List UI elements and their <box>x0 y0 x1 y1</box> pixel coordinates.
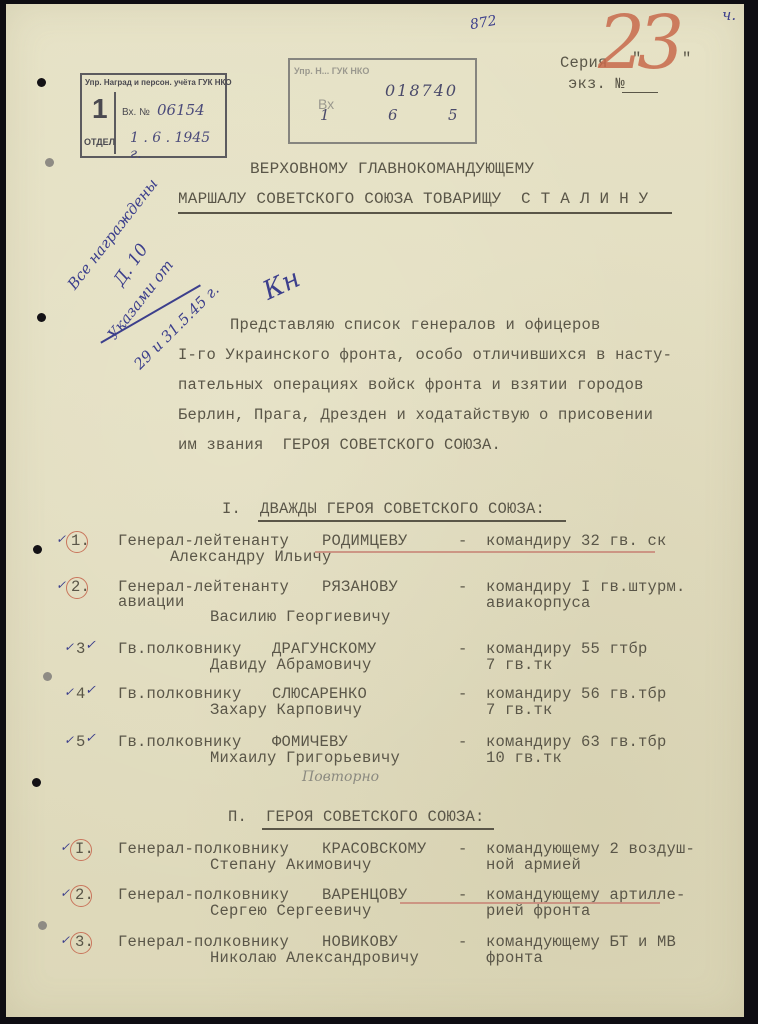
position-line-2: 7 гв.тк <box>486 701 553 719</box>
section-underline <box>262 828 494 830</box>
check-mark: ✓ <box>64 733 74 747</box>
check-mark: ✓ <box>64 685 74 699</box>
position-line-2: фронта <box>486 949 543 967</box>
position-line-2: 10 гв.тк <box>486 749 562 767</box>
position: командиру 32 гв. ск <box>486 532 667 550</box>
surname: РОДИМЦЕВУ <box>322 532 408 550</box>
given-name: Василию Георгиевичу <box>210 608 391 626</box>
resolution-signature: Кн <box>258 264 304 307</box>
dash: - <box>458 640 468 658</box>
intro-line: I-го Украинского фронта, особо отличивши… <box>178 346 672 364</box>
registry-stamp: Упр. Н... ГУК НКО Вх 018740 1 6 5 <box>288 58 477 144</box>
given-name: Александру Ильичу <box>170 548 332 566</box>
punch-hole <box>33 545 42 554</box>
series-number-handwritten: 23 <box>598 0 676 86</box>
department-number: 1 <box>92 93 108 125</box>
dash: - <box>458 578 468 596</box>
given-name: Николаю Александровичу <box>210 949 419 967</box>
resolution-note: Д. 10 Все награждены Указами от 29 и 31.… <box>88 215 328 365</box>
entry-number: 2. <box>71 578 90 596</box>
registry-number: 018740 <box>385 81 458 100</box>
addressee-line-1: ВЕРХОВНОМУ ГЛАВНОКОМАНДУЮЩЕМУ <box>250 160 534 178</box>
incoming-number: 06154 <box>157 101 205 119</box>
section-underline <box>258 520 566 522</box>
dash: - <box>458 933 468 951</box>
position-line-2: 7 гв.тк <box>486 656 553 674</box>
red-underline-mark <box>400 902 660 904</box>
dash: - <box>458 532 468 550</box>
incoming-stamp: Упр. Наград и персон. учёта ГУК НКО 1 ОТ… <box>80 73 227 158</box>
punch-hole <box>37 78 46 87</box>
intro-line: Берлин, Прага, Дрезден и ходатайствую о … <box>178 406 653 424</box>
check-mark: ✓ <box>60 933 70 947</box>
registry-month: 6 <box>388 106 398 124</box>
punch-hole <box>32 778 41 787</box>
given-name: Михаилу Григорьевичу <box>210 749 400 767</box>
addressee-line-2: МАРШАЛУ СОВЕТСКОГО СОЮЗА ТОВАРИЩУ С Т А … <box>178 190 648 208</box>
check-mark: ✓ <box>56 532 66 546</box>
punch-hole <box>43 672 52 681</box>
entry-number: 3. <box>75 933 94 951</box>
punch-hole <box>38 921 47 930</box>
intro-line: Представляю список генералов и офицеров <box>230 316 601 334</box>
check-mark: ✓ <box>85 683 96 698</box>
check-mark: ✓ <box>60 840 70 854</box>
entry-number: 2. <box>75 886 94 904</box>
red-underline-mark <box>315 551 655 553</box>
incoming-date: 1 . 6 . 1945 г. <box>130 130 225 162</box>
entry-number: I. <box>75 840 94 858</box>
intro-line: им звания ГЕРОЯ СОВЕТСКОГО СОЮЗА. <box>178 436 501 454</box>
position-line-2: ной армией <box>486 856 581 874</box>
surname: РЯЗАНОВУ <box>322 578 398 596</box>
intro-line: пательных операциях войск фронта и взяти… <box>178 376 644 394</box>
addressee-underline <box>178 212 672 214</box>
check-mark: ✓ <box>85 638 96 653</box>
given-name: Сергею Сергеевичу <box>210 902 372 920</box>
registry-year: 5 <box>448 106 458 124</box>
given-name: Давиду Абрамовичу <box>210 656 372 674</box>
stamp-header: Упр. Наград и персон. учёта ГУК НКО <box>85 78 232 87</box>
check-mark: ✓ <box>64 640 74 654</box>
pencil-note: Повторно <box>302 769 379 785</box>
stamp-header: Упр. Н... ГУК НКО <box>294 66 369 76</box>
punch-hole <box>37 313 46 322</box>
entry-number: 1. <box>71 532 90 550</box>
punch-hole <box>45 158 54 167</box>
given-name: Степану Акимовичу <box>210 856 372 874</box>
department-label: ОТДЕЛ <box>84 137 115 147</box>
given-name: Захару Карповичу <box>210 701 362 719</box>
check-mark: ✓ <box>85 731 96 746</box>
dash: - <box>458 733 468 751</box>
dash: - <box>458 685 468 703</box>
position-line-2: авиакорпуса <box>486 594 591 612</box>
section-heading: I. ДВАЖДЫ ГЕРОЯ СОВЕТСКОГО СОЮЗА: <box>222 500 545 518</box>
registry-day: 1 <box>320 106 330 124</box>
dash: - <box>458 840 468 858</box>
check-mark: ✓ <box>60 886 70 900</box>
position-line-2: рией фронта <box>486 902 591 920</box>
corner-mark: ч. <box>722 6 736 24</box>
rank-line-2: авиации <box>118 593 185 611</box>
check-mark: ✓ <box>56 578 66 592</box>
section-heading: П. ГЕРОЯ СОВЕТСКОГО СОЮЗА: <box>228 808 485 826</box>
incoming-label: Вх. № <box>122 107 150 118</box>
